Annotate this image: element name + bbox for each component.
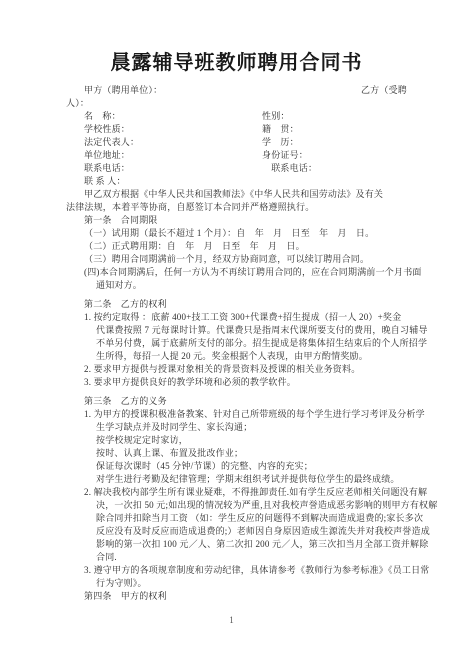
document-page: 晨露辅导班教师聘用合同书 甲方（聘用单位）： 乙方（受聘 人）： 名 称：性别：… [0,0,463,655]
contract-line: 1. 为甲方的授课积极准备教案、针对自己所带班级的每个学生进行学习考评及分析学 [66,408,407,421]
form-label-right [262,175,407,188]
page-number: 1 [0,615,463,625]
form-label-left: 名 称： [66,110,262,123]
party-b-label: 乙方（受聘 [361,84,407,97]
form-row: 学校性质：籍 贯： [66,123,407,136]
contract-line: （一）试用期（最长不超过 1 个月）：自 年 月 日至 年 月 日。 [66,227,407,240]
contract-line: 1. 按约定取得 ：底薪 400+技工工资 300+代课费+招生提成（招一人 2… [66,311,407,324]
contract-line: 通知对方。 [66,279,407,292]
info-form: 名 称：性别：学校性质：籍 贯：法定代表人：学 历：单位地址：身份证号：联系电话… [66,110,407,188]
contract-line: 保证每次课时（45 分钟/节课）的完整、内容的充实； [66,460,407,473]
contract-line: 3. 要求甲方提供良好的教学环境和必须的教学软件。 [66,376,407,389]
contract-line: 法律法规，本着平等协商，自愿签订本合同并严格遵照执行。 [66,201,407,214]
contract-line: （二）正式聘用期：自 年 月 日至 年 月 日。 [66,240,407,253]
contract-body: 甲乙双方根据《中华人民共和国教师法》《中华人民共和国劳动法》及有关法律法规，本着… [66,188,407,603]
contract-line: 生所得，每招一人提 20 元。奖金根据个人表现，由甲方酌情奖励。 [66,350,407,363]
contract-line: 2. 解决我校内部学生所有课业疑难，不得推卸责任.如有学生反应老师相关问题没有解 [66,486,407,499]
form-row: 联 系 人： [66,175,407,188]
contract-line: 不单另付费，属于底薪所支付的部分。招生提成是将集体招生结束后的个人所招学 [66,337,407,350]
contract-line: 除合同并扣除当月工资 （如：学生反应的问题得不到解决而造成退费的;家长多次 [66,512,407,525]
form-row: 单位地址：身份证号： [66,149,407,162]
contract-line: 按时、认真上课、布置及批改作业； [66,447,407,460]
contract-line: 对学生进行考勤及纪律管理；学期末组织考试并提供每位学生的最终成绩。 [66,473,407,486]
party-b-label-wrap: 人）： [66,97,407,110]
contract-line: (四)本合同期满后，任何一方认为不再续订聘用合同的，应在合同期满前一个月书面 [66,266,407,279]
contract-line: 甲乙双方根据《中华人民共和国教师法》《中华人民共和国劳动法》及有关 [66,188,407,201]
contract-line: 第四条 甲方的权利 [66,590,407,603]
contract-line: 决，一次扣 50 元;如出现的情况较为严重,且对我校声誉造成恶劣影响的则甲方有权… [66,499,407,512]
contract-line: 合同. [66,551,407,564]
form-label-right: 性别： [262,110,407,123]
form-label-left: 单位地址： [66,149,262,162]
contract-line: 按学校规定定时家访， [66,434,407,447]
form-label-left: 联系电话： [66,162,262,175]
contract-line: 第二条 乙方的权利 [66,298,407,311]
form-label-left: 学校性质： [66,123,262,136]
form-label-left: 法定代表人： [66,136,262,149]
party-row: 甲方（聘用单位）： 乙方（受聘 [66,84,407,97]
form-label-right: 身份证号： [262,149,407,162]
contract-line: 第一条 合同期限 [66,214,407,227]
contract-line: 代课费按照 7 元每课时计算。代课费只是指周末代课所要支付的费用，晚自习辅导 [66,324,407,337]
contract-line: 3. 遵守甲方的各项规章制度和劳动纪律，具体请参考《教师行为参考标准》《员工日常 [66,564,407,577]
document-title: 晨露辅导班教师聘用合同书 [66,46,407,75]
form-row: 名 称：性别： [66,110,407,123]
contract-line: 行为守则》。 [66,577,407,590]
contract-line: 第三条 乙方的义务 [66,395,407,408]
party-a-label: 甲方（聘用单位）： [84,84,162,97]
form-row: 联系电话： 联系电话： [66,162,407,175]
contract-line: 生学习缺点并及时同学生、家长沟通； [66,421,407,434]
form-label-left: 联 系 人： [66,175,262,188]
contract-line: 反应没有及时反应而造成退费的;）老师因自身原因造成生源流失并对我校声誉造成 [66,525,407,538]
contract-line: （三）聘用合同期满前一个月，经双方协商同意，可以续订聘用合同。 [66,253,407,266]
form-label-right: 籍 贯： [262,123,407,136]
contract-line: 2. 要求甲方提供与授课对象相关的背景资料及授课的相关业务资料。 [66,363,407,376]
contract-line: 影响的第一次扣 100 元／人、第二次扣 200 元／人，第三次扣当月全部工资并… [66,538,407,551]
form-label-right: 学 历： [262,136,407,149]
form-label-right: 联系电话： [262,162,407,175]
form-row: 法定代表人：学 历： [66,136,407,149]
